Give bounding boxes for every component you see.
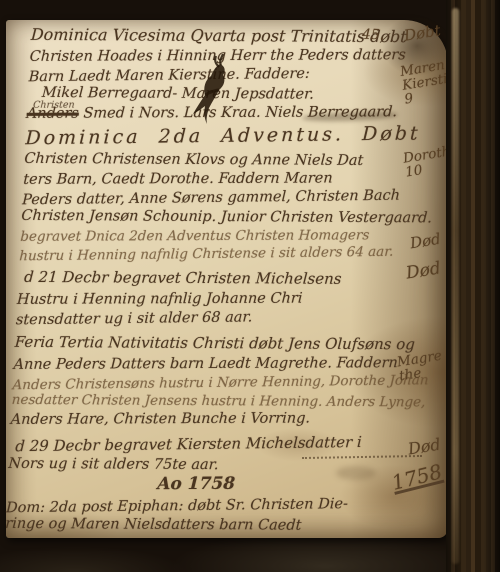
manuscript-line: Christen Christensen Klovs og Anne Niels… [24,150,401,171]
book-binding-edge [446,0,500,572]
manuscript-line: ringe og Maren Nielsdatters barn Caedt [5,515,382,536]
manuscript-line: Dominica Vicesima Qvarta post Trinitatis… [30,25,407,48]
manuscript-photo: Dominica Vicesima Qvarta post Trinitatis… [0,0,500,572]
margin-note-dod: Død [405,261,442,280]
ink-smudge [336,466,376,480]
manuscript-line: Anders Hare, Christen Bunche i Vorring. [10,409,387,430]
entry-number-note: 45. [362,28,385,43]
dotted-underline [302,455,422,462]
ink-blot [190,52,242,128]
manuscript-line: nesdatter Christen Jensens hustru i Henn… [11,391,388,411]
manuscript-line: hustru i Henning nafnlig Christense i si… [19,243,396,266]
margin-note-year: 1758 [390,464,444,495]
manuscript-line: stensdatter ug i sit alder 68 aar. [16,307,393,331]
margin-note-dod: Død [409,232,441,251]
margin-note-magrethe: Magre the [396,349,445,384]
register-page: Dominica Vicesima Qvarta post Trinitatis… [6,20,448,538]
manuscript-line: Christen Jensøn Schounip. Junior Christe… [21,207,398,228]
year-heading: Ao 1758 [7,474,384,498]
manuscript-line: Feria Tertia Nativitatis Christi døbt Je… [14,333,391,356]
margin-note-dod: Død [407,438,441,457]
manuscript-line: d 21 Decbr begravet Christen Michelsens [18,268,395,291]
margin-note-dobt: Døbt [403,23,441,43]
interlinear-correction: Christen [33,96,75,115]
